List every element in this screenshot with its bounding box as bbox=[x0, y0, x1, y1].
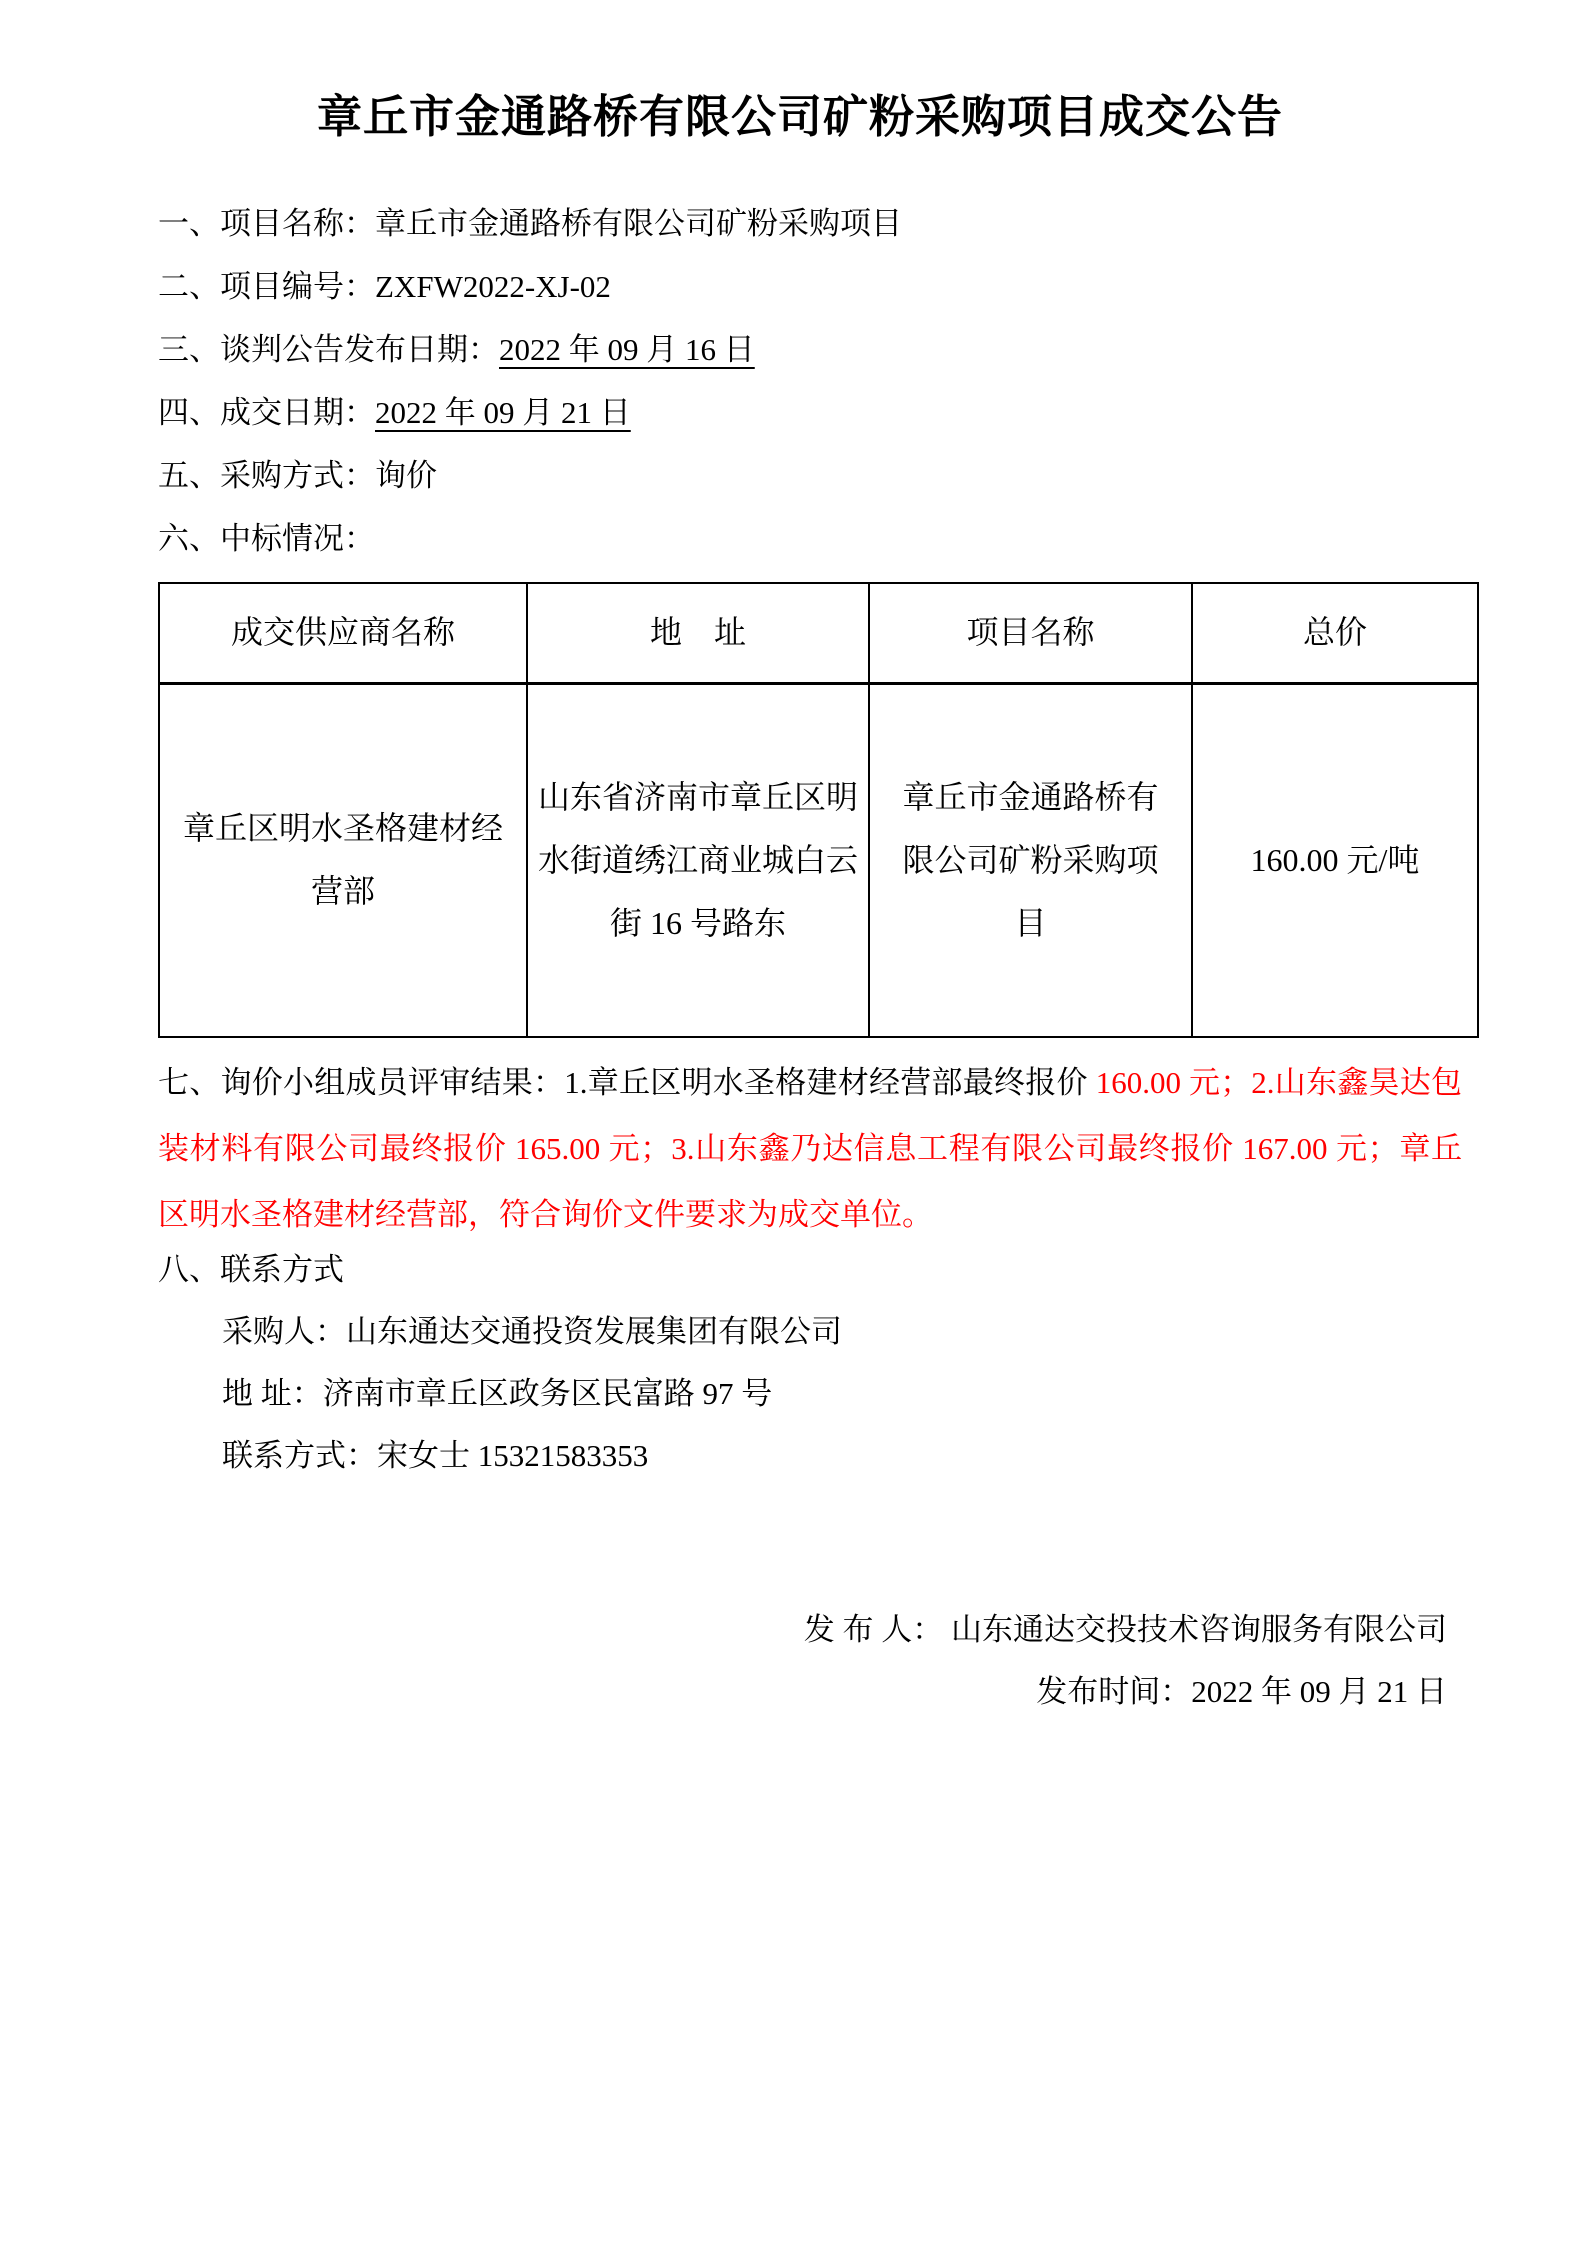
purchaser-line: 采购人：山东通达交通投资发展集团有限公司 bbox=[222, 1301, 1462, 1363]
publish-date-line: 发布时间：2022 年 09 月 21 日 bbox=[158, 1661, 1447, 1723]
cell-address: 山东省济南市章丘区明水街道绣江商业城白云街 16 号路东 bbox=[527, 683, 869, 1037]
header-address: 地 址 bbox=[527, 583, 869, 683]
item-award-situation: 六、中标情况： bbox=[158, 507, 1462, 570]
item-project-name: 一、项目名称：章丘市金通路桥有限公司矿粉采购项目 bbox=[158, 192, 1462, 255]
item-negotiation-announcement-date: 三、谈判公告发布日期：2022 年 09 月 16 日 bbox=[158, 318, 1462, 381]
item-procurement-method-text: 五、采购方式：询价 bbox=[158, 458, 437, 493]
deal-date-value: 2022 年 09 月 21 日 bbox=[375, 395, 631, 430]
item-award-situation-text: 六、中标情况： bbox=[158, 521, 375, 556]
review-result-paragraph: 七、询价小组成员评审结果：1.章丘区明水圣格建材经营部最终报价 160.00 元… bbox=[158, 1050, 1462, 1248]
header-total-price: 总价 bbox=[1192, 583, 1478, 683]
header-project-name: 项目名称 bbox=[869, 583, 1192, 683]
cell-supplier-name: 章丘区明水圣格建材经营部 bbox=[159, 683, 527, 1037]
publisher-block: 发 布 人： 山东通达交投技术咨询服务有限公司 发布时间：2022 年 09 月… bbox=[158, 1599, 1447, 1723]
contact-person-line: 联系方式：宋女士 15321583353 bbox=[222, 1425, 1462, 1487]
procurement-award-announcement-page: 章丘市金通路桥有限公司矿粉采购项目成交公告 一、项目名称：章丘市金通路桥有限公司… bbox=[0, 0, 1587, 2245]
negotiation-announcement-date-value: 2022 年 09 月 16 日 bbox=[499, 332, 755, 367]
numbered-items: 一、项目名称：章丘市金通路桥有限公司矿粉采购项目 二、项目编号：ZXFW2022… bbox=[158, 192, 1462, 570]
award-table-row: 章丘区明水圣格建材经营部 山东省济南市章丘区明水街道绣江商业城白云街 16 号路… bbox=[159, 683, 1478, 1037]
cell-project-name: 章丘市金通路桥有限公司矿粉采购项目 bbox=[869, 683, 1192, 1037]
cell-total-price: 160.00 元/吨 bbox=[1192, 683, 1478, 1037]
item-project-name-text: 一、项目名称：章丘市金通路桥有限公司矿粉采购项目 bbox=[158, 206, 902, 241]
item-deal-date: 四、成交日期：2022 年 09 月 21 日 bbox=[158, 381, 1462, 444]
item-deal-date-label: 四、成交日期： bbox=[158, 395, 375, 430]
header-supplier-name: 成交供应商名称 bbox=[159, 583, 527, 683]
publisher-line: 发 布 人： 山东通达交投技术咨询服务有限公司 bbox=[158, 1599, 1447, 1661]
award-table: 成交供应商名称 地 址 项目名称 总价 章丘区明水圣格建材经营部 山东省济南市章… bbox=[158, 582, 1479, 1038]
award-table-header-row: 成交供应商名称 地 址 项目名称 总价 bbox=[159, 583, 1478, 683]
contact-block: 采购人：山东通达交通投资发展集团有限公司 地 址：济南市章丘区政务区民富路 97… bbox=[222, 1301, 1462, 1487]
item-negotiation-announcement-date-label: 三、谈判公告发布日期： bbox=[158, 332, 499, 367]
item-project-number-text: 二、项目编号：ZXFW2022-XJ-02 bbox=[158, 269, 611, 304]
item-project-number: 二、项目编号：ZXFW2022-XJ-02 bbox=[158, 255, 1462, 318]
page-title: 章丘市金通路桥有限公司矿粉采购项目成交公告 bbox=[138, 88, 1462, 146]
review-result-black-text: 七、询价小组成员评审结果：1.章丘区明水圣格建材经营部最终报价 bbox=[158, 1065, 1096, 1100]
item-procurement-method: 五、采购方式：询价 bbox=[158, 444, 1462, 507]
purchaser-address-line: 地 址：济南市章丘区政务区民富路 97 号 bbox=[222, 1363, 1462, 1425]
